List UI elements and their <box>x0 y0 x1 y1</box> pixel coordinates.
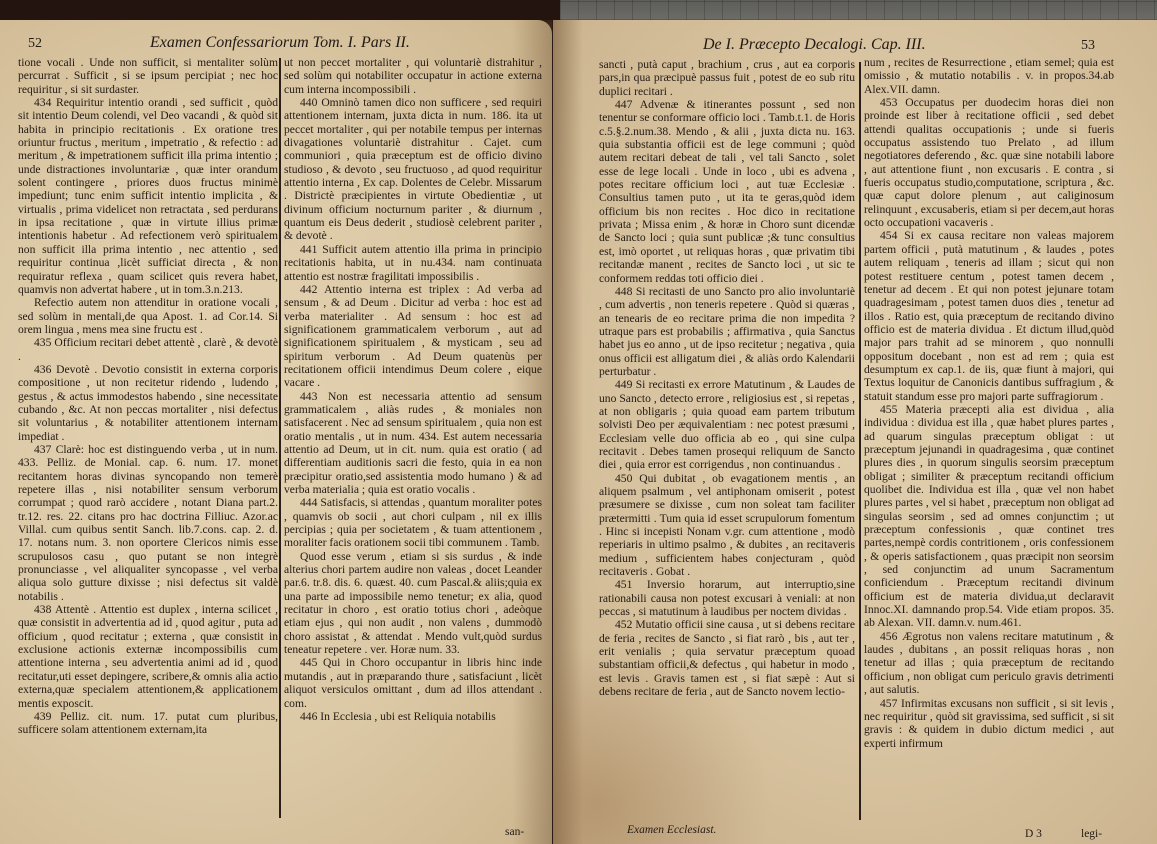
running-head: Examen Confessariorum Tom. I. Pars II. <box>150 34 410 52</box>
paragraph-text: Si recitasti de uno Sancto pro alio invo… <box>599 285 855 378</box>
text-column-1: tione vocali . Unde non sufficit, si men… <box>18 56 278 737</box>
paragraph-456: 456 Ægrotus non valens recitare matutinu… <box>864 630 1114 697</box>
page-number: 52 <box>28 36 42 52</box>
paragraph-437: 437 Clarè: hoc est distinguendo verba , … <box>18 443 278 603</box>
column-rule <box>279 58 281 818</box>
paragraph-number: 436 <box>34 363 56 376</box>
paragraph-452: 452 Mutatio officii sine causa , ut si d… <box>599 618 855 698</box>
paragraph-text: Mutatio officii sine causa , ut si deben… <box>599 618 855 698</box>
paragraph-text: Requiritur intentio orandi , sed suffici… <box>18 96 278 296</box>
paragraph-number: 455 <box>880 403 905 416</box>
paragraph-text: Qui in Choro occupantur in libris hinc i… <box>284 656 542 709</box>
paragraph-434: 434 Requiritur intentio orandi , sed suf… <box>18 96 278 296</box>
paragraph-text: Advenæ & itinerantes possunt , sed non t… <box>599 98 855 284</box>
paragraph-435: 435 Officium recitari debet attentè , cl… <box>18 336 278 363</box>
paragraph-number: 442 <box>300 283 324 296</box>
paragraph-442: 442 Attentio interna est triplex : Ad ve… <box>284 283 542 390</box>
paragraph-440: 440 Omninò tamen dico non sufficere , se… <box>284 96 542 243</box>
paragraph-text: Satisfacis, si attendas , quantum morali… <box>284 496 542 549</box>
text-column-1: sancti , putà caput , brachium , crus , … <box>599 58 855 699</box>
paragraph-455: 455 Materia præcepti alia est dividua , … <box>864 403 1114 630</box>
paragraph-text: Clarè: hoc est distinguendo verba , ut i… <box>18 443 278 603</box>
paragraph-444: 444 Satisfacis, si attendas , quantum mo… <box>284 496 542 549</box>
left-page: 52 Examen Confessariorum Tom. I. Pars II… <box>0 20 552 844</box>
paragraph-text: Si recitasti ex errore Matutinum , & Lau… <box>599 378 855 471</box>
paragraph-438: 438 Attentè . Attentio est duplex , inte… <box>18 603 278 710</box>
paragraph-text: Sufficit autem attentio illa prima in pr… <box>284 243 542 283</box>
paragraph-number: 443 <box>300 390 328 403</box>
paragraph-450: 450 Qui dubitat , ob evagationem mentis … <box>599 472 855 579</box>
paragraph-number: 438 <box>34 603 55 616</box>
column-rule <box>859 62 861 820</box>
paragraph-text: In Ecclesia , ubi est Reliquia notabilis <box>320 710 495 723</box>
paragraph-text: Non est necessaria attentio ad sensum gr… <box>284 390 542 496</box>
paragraph-text: Attentio interna est triplex : Ad verba … <box>284 283 542 389</box>
paragraph-text: Ægrotus non valens recitare matutinum , … <box>864 630 1114 696</box>
paragraph-text: Officium recitari debet attentè , clarè … <box>18 336 278 362</box>
catchword: san- <box>505 826 524 838</box>
paragraph-number: 445 <box>300 656 323 669</box>
paragraph-text: num , recites de Resurrectione , etiam s… <box>864 56 1114 96</box>
paragraph-number: 453 <box>880 96 905 109</box>
paragraph-text: ut non peccet mortaliter , qui voluntari… <box>284 56 542 96</box>
paragraph-457: 457 Infirmitas excusans non sufficit , s… <box>864 697 1114 750</box>
signature-mark: D 3 <box>1025 828 1042 840</box>
text-column-2: ut non peccet mortaliter , qui voluntari… <box>284 56 542 723</box>
paragraph: tione vocali . Unde non sufficit, si men… <box>18 56 278 96</box>
paragraph-number: 446 <box>300 710 320 723</box>
paragraph-number: 454 <box>880 229 904 242</box>
right-page: De I. Præcepto Decalogi. Cap. III. 53 sa… <box>553 20 1157 844</box>
paragraph-text: Infirmitas excusans non sufficit , si si… <box>864 697 1114 750</box>
paragraph-number: 448 <box>615 285 636 298</box>
dark-background <box>0 0 560 22</box>
paragraph-text: Refectio autem non attenditur in oration… <box>18 296 278 336</box>
paragraph-number: 456 <box>880 630 902 643</box>
paragraph-436: 436 Devotè . Devotio consistit in extern… <box>18 363 278 443</box>
paragraph-454: 454 Si ex causa recitare non valeas majo… <box>864 229 1114 402</box>
signature-line: Examen Ecclesiast. <box>627 824 716 836</box>
paragraph-449: 449 Si recitasti ex errore Matutinum , &… <box>599 378 855 471</box>
paragraph-number: 457 <box>880 697 901 710</box>
paragraph-number: 450 <box>615 472 639 485</box>
paragraph-number: 440 <box>300 96 321 109</box>
paragraph-number: 437 <box>34 443 56 456</box>
paragraph-text: Qui dubitat , ob evagationem mentis , an… <box>599 472 855 578</box>
paragraph-number: 435 <box>34 336 54 349</box>
paragraph-448: 448 Si recitasti de uno Sancto pro alio … <box>599 285 855 378</box>
paragraph: ut non peccet mortaliter , qui voluntari… <box>284 56 542 96</box>
paragraph-text: Occupatus per duodecim horas diei non pr… <box>864 96 1114 229</box>
paragraph-number: 452 <box>615 618 635 631</box>
paragraph-number: 434 <box>34 96 56 109</box>
paragraph-number: 444 <box>300 496 320 509</box>
paragraph: sancti , putà caput , brachium , crus , … <box>599 58 855 98</box>
paragraph-number: 449 <box>615 378 636 391</box>
paragraph-number: 439 <box>34 710 60 723</box>
paragraph-439: 439 Pelliz. cit. num. 17. putat cum plur… <box>18 710 278 737</box>
paragraph-453: 453 Occupatus per duodecim horas diei no… <box>864 96 1114 229</box>
paragraph: Refectio autem non attenditur in oration… <box>18 296 278 336</box>
paragraph-443: 443 Non est necessaria attentio ad sensu… <box>284 390 542 497</box>
paragraph-445: 445 Qui in Choro occupantur in libris hi… <box>284 656 542 709</box>
paragraph-text: tione vocali . Unde non sufficit, si men… <box>18 56 278 96</box>
paragraph-text: Si ex causa recitare non valeas majorem … <box>864 229 1114 402</box>
paragraph-text: Omninò tamen dico non sufficere , sed re… <box>284 96 542 242</box>
paragraph-text: Quod esse verum , etiam si sis surdus , … <box>284 550 542 656</box>
paragraph-441: 441 Sufficit autem attentio illa prima i… <box>284 243 542 283</box>
paragraph-446: 446 In Ecclesia , ubi est Reliquia notab… <box>284 710 542 723</box>
grid-mat-background <box>560 0 1157 20</box>
page-number: 53 <box>1081 38 1095 54</box>
paragraph-number: 451 <box>615 578 647 591</box>
paragraph: num , recites de Resurrectione , etiam s… <box>864 56 1114 96</box>
paragraph-447: 447 Advenæ & itinerantes possunt , sed n… <box>599 98 855 285</box>
running-head: De I. Præcepto Decalogi. Cap. III. <box>703 36 926 54</box>
paragraph-number: 447 <box>615 98 640 111</box>
paragraph-number: 441 <box>300 243 322 256</box>
paragraph-text: sancti , putà caput , brachium , crus , … <box>599 58 855 98</box>
paragraph-451: 451 Inversio horarum, aut interruptio,si… <box>599 578 855 618</box>
paragraph: Quod esse verum , etiam si sis surdus , … <box>284 550 542 657</box>
paragraph-text: Attentè . Attentio est duplex , interna … <box>18 603 278 709</box>
text-column-2: num , recites de Resurrectione , etiam s… <box>864 56 1114 750</box>
paragraph-text: Devotè . Devotio consistit in externa co… <box>18 363 278 443</box>
paragraph-text: Materia præcepti alia est dividua , alia… <box>864 403 1114 630</box>
catchword: legi- <box>1081 828 1102 840</box>
